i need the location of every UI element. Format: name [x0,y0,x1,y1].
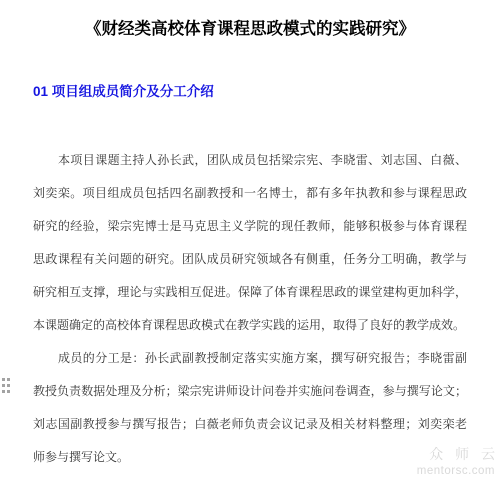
drag-handle-dot [7,384,10,387]
drag-handle-dot [7,390,10,393]
text-line: 刘志国副教授参与撰写报告；白薇老师负责会议记录及相关材料整理；刘奕栾老 [33,408,467,441]
text-line: 本项目课题主持人孙长武，团队成员包括梁宗宪、李晓雷、刘志国、白薇、 [33,144,467,177]
drag-handle-icon[interactable] [2,378,10,393]
watermark-brand: 众 师 云 [417,444,499,464]
watermark-domain: mentorsc.com [417,465,495,477]
text-line: 思政课程有关问题的研究。团队成员研究领域各有侧重，任务分工明确，教学与 [33,243,467,276]
document-title: 《财经类高校体育课程思政模式的实践研究》 [0,21,500,38]
drag-handle-dot [2,384,5,387]
document-page: 《财经类高校体育课程思政模式的实践研究》 01 项目组成员简介及分工介绍 本项目… [0,0,500,481]
text-line: 研究相互支撑，理论与实践相互促进。保障了体育课程思政的课堂建构更加科学， [33,276,467,309]
text-line: 本课题确定的高校体育课程思政模式在教学实践的运用，取得了良好的教学成效。 [33,309,467,342]
text-line: 师参与撰写论文。 [33,441,467,474]
drag-handle-dot [2,378,5,381]
text-line: 教授负责数据处理及分析；梁宗宪讲师设计问卷并实施问卷调查，参与撰写论文； [33,375,467,408]
section-heading: 01 项目组成员简介及分工介绍 [33,85,214,99]
drag-handle-dot [2,390,5,393]
text-line: 研究的经验，梁宗宪博士是马克思主义学院的现任教师，能够积极参与体育课程 [33,210,467,243]
document-body: 本项目课题主持人孙长武，团队成员包括梁宗宪、李晓雷、刘志国、白薇、刘奕栾。项目组… [33,144,467,474]
watermark: 众 师 云 mentorsc.com [417,444,495,477]
text-line: 成员的分工是：孙长武副教授制定落实实施方案，撰写研究报告；李晓雷副 [33,342,467,375]
drag-handle-dot [7,378,10,381]
text-line: 刘奕栾。项目组成员包括四名副教授和一名博士，都有多年执教和参与课程思政 [33,177,467,210]
